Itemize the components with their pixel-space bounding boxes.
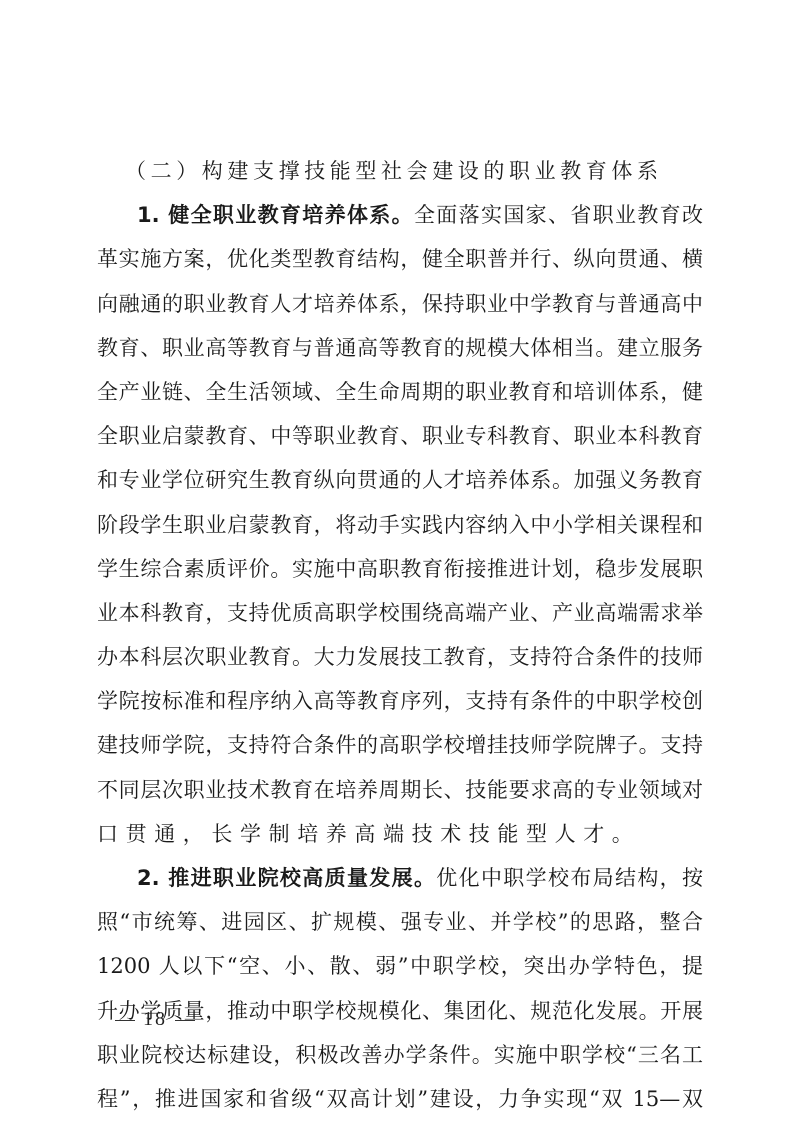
- paragraph-2-line: 照“市统筹、进园区、扩规模、强专业、并学校”的思路，整合: [97, 900, 703, 944]
- page-number-value: 18: [143, 1008, 167, 1030]
- paragraph-1-title: 1. 健全职业教育培养体系。: [137, 203, 414, 227]
- paragraph-2-title: 2. 推进职业院校高质量发展。: [137, 866, 436, 890]
- paragraph-1-line: 阶段学生职业启蒙教育，将动手实践内容纳入中小学相关课程和: [97, 503, 703, 547]
- paragraph-1-line: 全产业链、全生活领域、全生命周期的职业教育和培训体系，健: [97, 370, 703, 414]
- paragraph-2-line: 程”，推进国家和省级“双高计划”建设，力争实现“双 15—双: [97, 1077, 703, 1121]
- paragraph-1-line: 全面落实国家、省职业教育改: [414, 203, 703, 227]
- document-page: （二）构建支撑技能型社会建设的职业教育体系 1. 健全职业教育培养体系。全面落实…: [97, 149, 703, 1121]
- paragraph-1-line: 革实施方案，优化类型教育结构，健全职普并行、纵向贯通、横: [97, 237, 703, 281]
- paragraph-1-line: 教育、职业高等教育与普通高等教育的规模大体相当。建立服务: [97, 326, 703, 370]
- page-number: 18: [107, 1008, 203, 1031]
- paragraph-1-first-line: 1. 健全职业教育培养体系。全面落实国家、省职业教育改: [97, 193, 703, 237]
- paragraph-1-line: 业本科教育，支持优质高职学校围绕高端产业、产业高端需求举: [97, 591, 703, 635]
- paragraph-1-line: 和专业学位研究生教育纵向贯通的人才培养体系。加强义务教育: [97, 458, 703, 502]
- paragraph-1-line: 全职业启蒙教育、中等职业教育、职业专科教育、职业本科教育: [97, 414, 703, 458]
- paragraph-1-title-text: 健全职业教育培养体系。: [168, 203, 414, 227]
- dash-left: [115, 1020, 135, 1021]
- paragraph-2-title-text: 推进职业院校高质量发展。: [168, 866, 436, 890]
- paragraph-2-first-line: 2. 推进职业院校高质量发展。优化中职学校布局结构，按: [97, 856, 703, 900]
- paragraph-2-line: 职业院校达标建设，积极改善办学条件。实施中职学校“三名工: [97, 1033, 703, 1077]
- paragraph-1-line: 建技师学院，支持符合条件的高职学校增挂技师学院牌子。支持: [97, 723, 703, 767]
- paragraph-1-line: 向融通的职业教育人才培养体系，保持职业中学教育与普通高中: [97, 282, 703, 326]
- paragraph-1-line: 不同层次职业技术教育在培养周期长、技能要求高的专业领域对: [97, 768, 703, 812]
- paragraph-1-last-line: 口贯通，长学制培养高端技术技能型人才。: [97, 812, 703, 856]
- paragraph-1-line: 学院按标准和程序纳入高等教育序列，支持有条件的中职学校创: [97, 679, 703, 723]
- paragraph-1-line: 办本科层次职业教育。大力发展技工教育，支持符合条件的技师: [97, 635, 703, 679]
- paragraph-2-line: 优化中职学校布局结构，按: [436, 866, 703, 890]
- dash-right: [175, 1020, 195, 1021]
- paragraph-1-number: 1.: [137, 203, 160, 227]
- paragraph-1-line: 学生综合素质评价。实施中高职教育衔接推进计划，稳步发展职: [97, 547, 703, 591]
- paragraph-2-line: 1200 人以下“空、小、散、弱”中职学校，突出办学特色，提: [97, 944, 703, 988]
- section-heading: （二）构建支撑技能型社会建设的职业教育体系: [97, 149, 703, 193]
- paragraph-2-number: 2.: [137, 866, 160, 890]
